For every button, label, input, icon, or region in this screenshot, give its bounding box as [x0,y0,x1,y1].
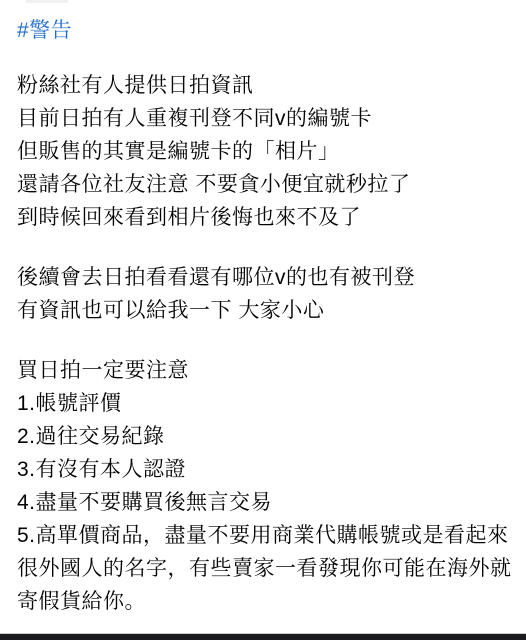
checklist-item-5: 5.高單價商品，盡量不要用商業代購帳號或是看起來 [17,519,514,552]
post-text-line: 目前日拍有人重複刊登不同v的編號卡 [17,102,514,135]
checklist-item-5-continued: 很外國人的名字，有些賣家一看發現你可能在海外就 [17,552,514,585]
hashtag-link[interactable]: #警告 [17,19,72,42]
post-text-line: 後續會去日拍看看還有哪位v的也有被刊登 [17,261,514,294]
paragraph-warning: 粉絲社有人提供日拍資訊 目前日拍有人重複刊登不同v的編號卡 但販售的其實是編號卡… [17,69,514,234]
post-text-line: 但販售的其實是編號卡的「相片」 [17,135,514,168]
attachment-photo-top-edge[interactable] [0,633,526,640]
checklist-item-4: 4.盡量不要購買後無言交易 [17,486,514,519]
checklist-item-5-continued: 寄假貨給你。 [17,585,514,618]
paragraph-checklist: 買日拍一定要注意 1.帳號評價 2.過往交易紀錄 3.有沒有本人認證 4.盡量不… [17,354,514,618]
checklist-item-3: 3.有沒有本人認證 [17,453,514,486]
post-text-line: 到時候回來看到相片後悔也來不及了 [17,201,514,234]
post-text-line: 還請各位社友注意 不要貪小便宜就秒拉了 [17,168,514,201]
checklist-item-1: 1.帳號評價 [17,387,514,420]
checklist-item-2: 2.過往交易紀錄 [17,420,514,453]
post-body: #警告 粉絲社有人提供日拍資訊 目前日拍有人重複刊登不同v的編號卡 但販售的其實… [0,0,526,640]
post-text-line: 粉絲社有人提供日拍資訊 [17,69,514,102]
post-text-line: 買日拍一定要注意 [17,354,514,387]
hashtag-line: #警告 [17,14,514,47]
post-text-line: 有資訊也可以給我一下 大家小心 [17,294,514,327]
paragraph-followup: 後續會去日拍看看還有哪位v的也有被刊登 有資訊也可以給我一下 大家小心 [17,261,514,327]
